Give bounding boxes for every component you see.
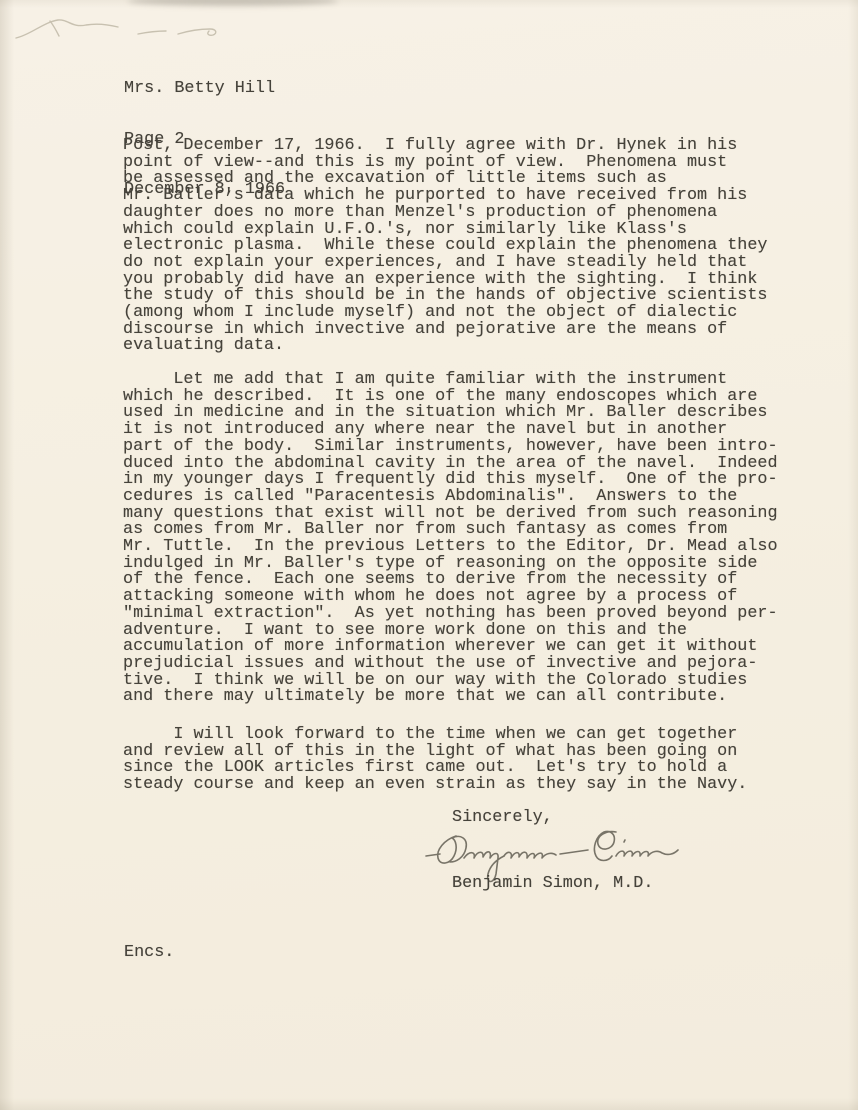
letter-page: Mrs. Betty Hill Page 2 December 8, 1966 … (0, 0, 858, 1110)
enclosure-note: Encs. (124, 945, 174, 962)
scan-smudge (128, 0, 338, 6)
paragraph-2: Let me add that I am quite familiar with… (123, 372, 813, 706)
paragraph-1: Post, December 17, 1966. I fully agree w… (123, 138, 813, 355)
paragraph-3: I will look forward to the time when we … (123, 727, 813, 794)
typed-signature-name: Benjamin Simon, M.D. (452, 876, 653, 893)
recipient-name: Mrs. Betty Hill (124, 81, 285, 98)
closing-salutation: Sincerely, (452, 810, 553, 827)
